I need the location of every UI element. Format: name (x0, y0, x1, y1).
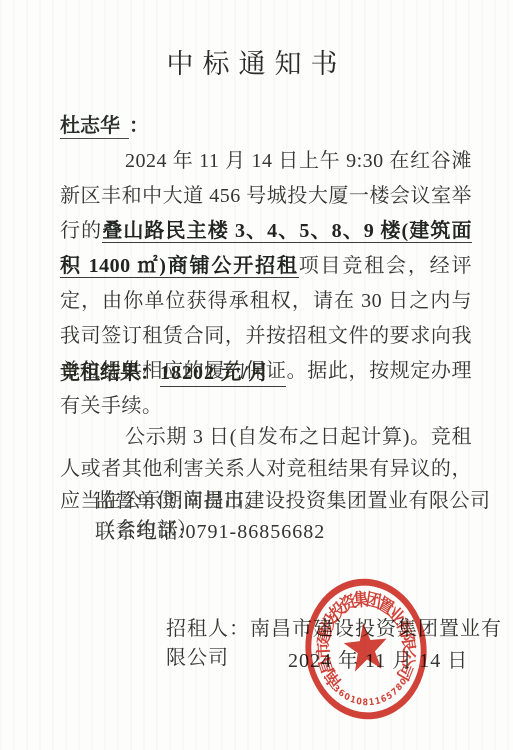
seal-serial-digit: 8 (362, 697, 368, 708)
seal-serial-digit: 0 (342, 691, 351, 703)
seal-serial-digit: 6 (336, 688, 346, 700)
seal-serial-digit: 8 (394, 682, 405, 694)
document-title: 中标通知书 (0, 42, 513, 81)
bid-result-label: 竞租结果： (60, 362, 160, 384)
addressee-line: 杜志华： (60, 109, 149, 138)
signature-date-line: 2024 年 11 月 14 日 (288, 644, 468, 673)
document-page: 中标通知书 杜志华： 2024 年 11 月 14 日上午 9:30 在红谷滩新… (0, 0, 513, 750)
contact-phone-line: 联系电话:0791-86856682 (95, 515, 325, 544)
seal-serial-digit: 1 (349, 694, 357, 706)
seal-serial-digit: 6 (380, 693, 389, 705)
addressee-name: 杜志华 (60, 115, 129, 139)
seal-serial-digit: 0 (356, 696, 363, 708)
addressee-colon: ： (129, 115, 149, 137)
seal-company-char: 集 (352, 588, 370, 611)
seal-company-char: 团 (365, 589, 383, 613)
bid-result-line: 竞租结果：18202 元/月 (60, 356, 286, 385)
seal-serial-digit: 1 (374, 696, 382, 708)
seal-serial-digit: 1 (368, 697, 375, 708)
seal-serial-digit: 0 (398, 676, 409, 688)
seal-serial-digit: 3 (331, 683, 341, 695)
seal-serial-digit: 7 (390, 686, 400, 698)
bid-result-value: 18202 元/月 (160, 362, 286, 387)
paragraph1-normal-segment-2: 项目竞租会，经评定，由你单位获得承租权，请在 30 日之内与我司签订租赁合同，并… (60, 255, 472, 417)
seal-serial-digit: 5 (385, 690, 394, 702)
